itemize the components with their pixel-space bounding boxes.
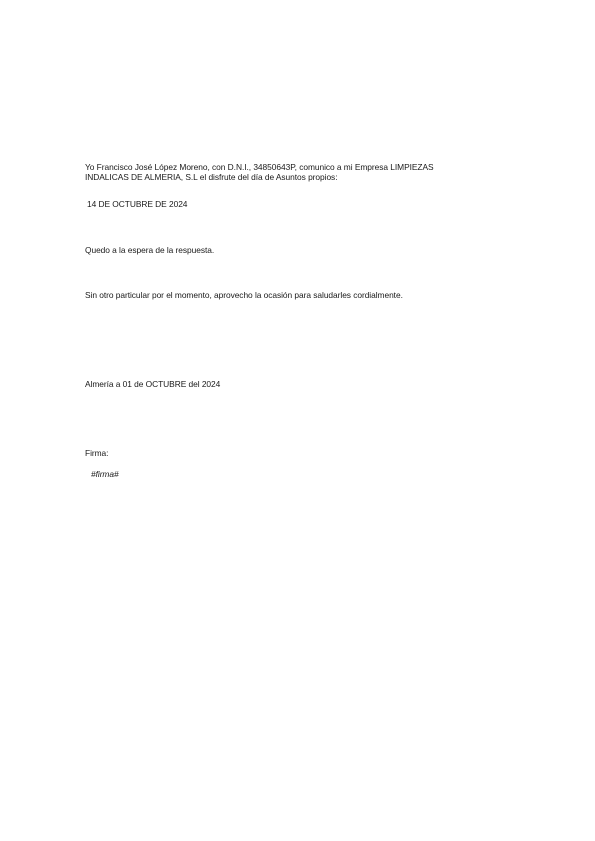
requested-date: 14 DE OCTUBRE DE 2024 xyxy=(87,199,187,209)
document-page: Yo Francisco José López Moreno, con D.N.… xyxy=(0,0,595,841)
place-and-date: Almería a 01 de OCTUBRE del 2024 xyxy=(85,379,220,389)
signature-placeholder: #firma# xyxy=(91,469,119,479)
intro-paragraph: Yo Francisco José López Moreno, con D.N.… xyxy=(85,162,434,183)
signature-label: Firma: xyxy=(85,448,108,458)
awaiting-response-text: Quedo a la espera de la respuesta. xyxy=(85,245,214,255)
intro-line-2: INDALICAS DE ALMERIA, S.L el disfrute de… xyxy=(85,172,434,182)
intro-line-1: Yo Francisco José López Moreno, con D.N.… xyxy=(85,162,434,172)
closing-text: Sin otro particular por el momento, apro… xyxy=(85,290,403,300)
